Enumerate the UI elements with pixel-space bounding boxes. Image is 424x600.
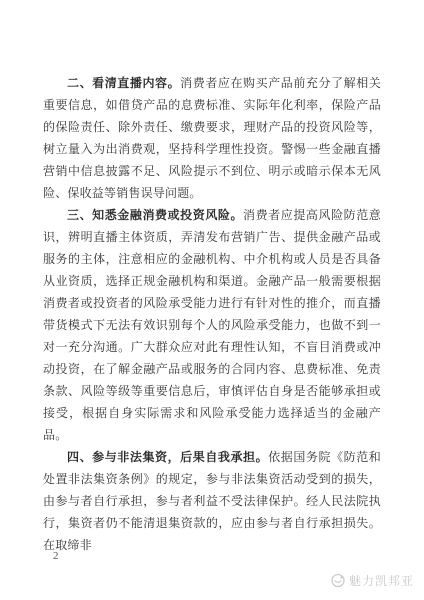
paragraph-body: 消费者应在购买产品前充分了解相关重要信息，如借贷产品的息费标准、实际年化利率，保… <box>43 76 381 200</box>
paragraph: 四、参与非法集资，后果自我承担。依据国务院《防范和处置非法集资条例》的规定，参与… <box>43 446 381 556</box>
paragraph-heading: 四、参与非法集资，后果自我承担。 <box>67 450 268 464</box>
paragraph-body: 消费者应提高风险防范意识，辨明直播主体资质，弄清发布营销广告、提供金融产品或服务… <box>43 208 381 442</box>
document-body: 二、看清直播内容。消费者应在购买产品前充分了解相关重要信息，如借贷产品的息费标准… <box>43 72 381 556</box>
watermark-text: 魅力凯邦亚 <box>349 572 414 589</box>
paragraph: 三、知悉金融消费或投资风险。消费者应提高风险防范意识，辨明直播主体资质，弄清发布… <box>43 204 381 446</box>
paragraph-body: 依据国务院《防范和处置非法集资条例》的规定，参与非法集资活动受到的损失，由参与者… <box>43 450 381 552</box>
paragraph-heading: 二、看清直播内容。 <box>67 76 180 90</box>
brand-logo-icon <box>330 573 346 588</box>
paragraph: 二、看清直播内容。消费者应在购买产品前充分了解相关重要信息，如借贷产品的息费标准… <box>43 72 381 204</box>
watermark: 魅力凯邦亚 <box>330 572 414 589</box>
page-number: 2 <box>53 550 59 562</box>
paragraph-heading: 三、知悉金融消费或投资风险。 <box>67 208 243 222</box>
document-page: 二、看清直播内容。消费者应在购买产品前充分了解相关重要信息，如借贷产品的息费标准… <box>0 0 424 600</box>
